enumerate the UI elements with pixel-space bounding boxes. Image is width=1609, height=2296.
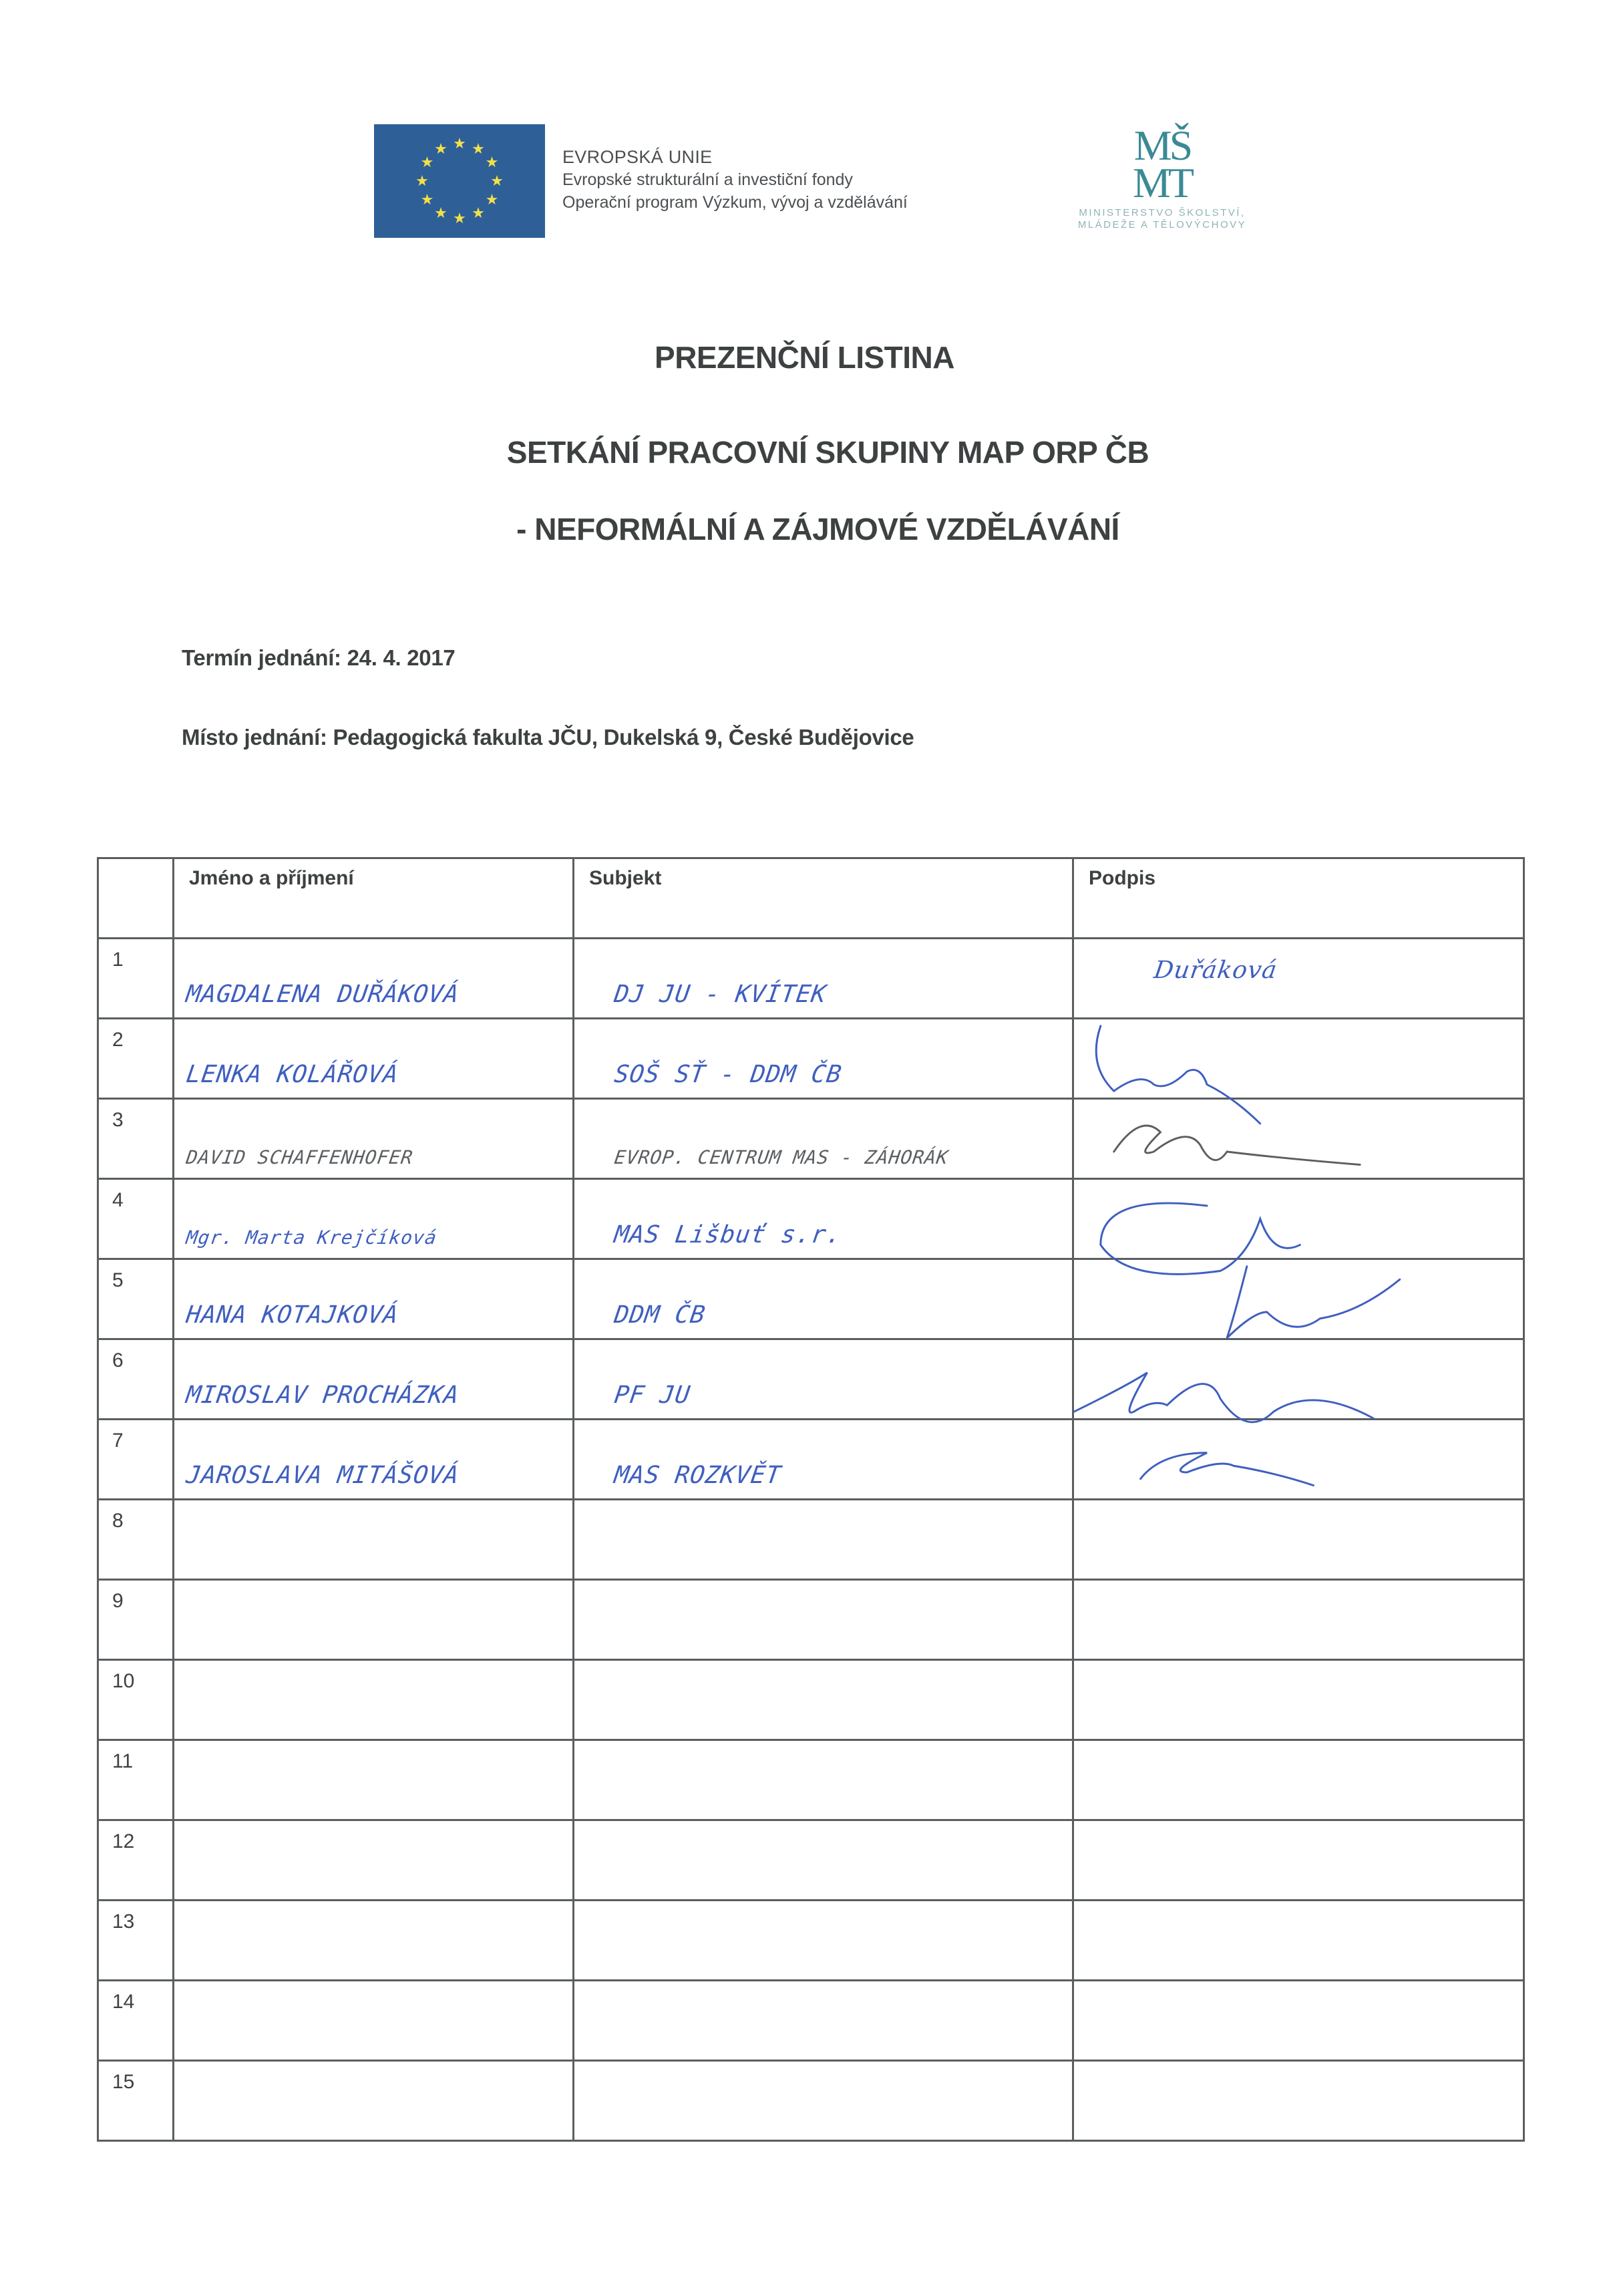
- handwritten-name: HANA KOTAJKOVÁ: [184, 1301, 400, 1329]
- signature-scribble-icon: [1074, 1180, 1523, 1258]
- subject-cell[interactable]: EVROP. CENTRUM MAS - ZÁHORÁK: [574, 1099, 1073, 1179]
- star-icon: ★: [452, 136, 467, 151]
- signature-cell[interactable]: [1073, 1339, 1524, 1420]
- handwritten-subject: DDM ČB: [612, 1301, 707, 1329]
- table-row: 14: [98, 1981, 1524, 2061]
- msmt-logo-mark: MŠ MT: [1042, 127, 1282, 202]
- star-icon: ★: [484, 192, 499, 207]
- handwritten-name: MAGDALENA DUŘÁKOVÁ: [184, 981, 461, 1008]
- subject-cell[interactable]: [574, 1981, 1073, 2061]
- row-number: 8: [98, 1500, 174, 1580]
- handwritten-subject: PF JU: [612, 1381, 692, 1409]
- name-cell[interactable]: [174, 1660, 574, 1740]
- table-row: 1MAGDALENA DUŘÁKOVÁDJ JU - KVÍTEKDuřákov…: [98, 939, 1524, 1019]
- msmt-mark-bottom: MT: [1042, 164, 1282, 202]
- row-number: 14: [98, 1981, 174, 2061]
- meeting-date: Termín jednání: 24. 4. 2017: [182, 645, 455, 671]
- star-icon: ★: [452, 211, 467, 226]
- subject-cell[interactable]: [574, 1901, 1073, 1981]
- star-icon: ★: [420, 192, 435, 207]
- subject-cell[interactable]: [574, 2061, 1073, 2141]
- table-row: 15: [98, 2061, 1524, 2141]
- subject-cell[interactable]: PF JU: [574, 1339, 1073, 1420]
- eu-logo-line2: Evropské strukturální a investiční fondy: [562, 168, 908, 191]
- name-cell[interactable]: HANA KOTAJKOVÁ: [174, 1259, 574, 1339]
- signature-cell[interactable]: [1073, 1500, 1524, 1580]
- eu-logo-line3: Operační program Výzkum, vývoj a vzděláv…: [562, 191, 908, 214]
- handwritten-name: JAROSLAVA MITÁŠOVÁ: [184, 1462, 461, 1489]
- row-number: 12: [98, 1820, 174, 1901]
- subject-cell[interactable]: MAS Lišbuť s.r.: [574, 1179, 1073, 1259]
- handwritten-name: Mgr. Marta Krejčíková: [185, 1226, 439, 1249]
- row-number: 3: [98, 1099, 174, 1179]
- row-number: 6: [98, 1339, 174, 1420]
- handwritten-name: MIROSLAV PROCHÁZKA: [184, 1381, 461, 1409]
- table-row: 8: [98, 1500, 1524, 1580]
- eu-flag-icon: ★★★★★★★★★★★★: [374, 124, 545, 238]
- signature-cell[interactable]: [1073, 2061, 1524, 2141]
- name-cell[interactable]: [174, 1820, 574, 1901]
- signature-cell[interactable]: [1073, 1820, 1524, 1901]
- subject-cell[interactable]: MAS ROZKVĚT: [574, 1420, 1073, 1500]
- row-number: 11: [98, 1740, 174, 1820]
- table-row: 13: [98, 1901, 1524, 1981]
- subject-cell[interactable]: [574, 1820, 1073, 1901]
- signature-cell[interactable]: [1073, 1179, 1524, 1259]
- signature-cell[interactable]: [1073, 1099, 1524, 1179]
- star-icon: ★: [415, 174, 429, 188]
- table-row: 6MIROSLAV PROCHÁZKAPF JU: [98, 1339, 1524, 1420]
- subject-cell[interactable]: SOŠ SŤ - DDM ČB: [574, 1019, 1073, 1099]
- signature-cell[interactable]: [1073, 1580, 1524, 1660]
- name-cell[interactable]: LENKA KOLÁŘOVÁ: [174, 1019, 574, 1099]
- subject-cell[interactable]: [574, 1500, 1073, 1580]
- star-icon: ★: [471, 206, 486, 220]
- name-cell[interactable]: [174, 1901, 574, 1981]
- meeting-place: Místo jednání: Pedagogická fakulta JČU, …: [182, 725, 914, 750]
- row-number: 2: [98, 1019, 174, 1099]
- signature-cell[interactable]: Duřáková: [1073, 939, 1524, 1019]
- eu-logo-text: EVROPSKÁ UNIE Evropské strukturální a in…: [562, 146, 908, 214]
- document-title: PREZENČNÍ LISTINA: [0, 339, 1609, 375]
- row-number: 4: [98, 1179, 174, 1259]
- star-icon: ★: [471, 142, 486, 156]
- handwritten-subject: DJ JU - KVÍTEK: [612, 981, 828, 1008]
- name-cell[interactable]: [174, 2061, 574, 2141]
- name-cell[interactable]: [174, 1500, 574, 1580]
- name-cell[interactable]: [174, 1580, 574, 1660]
- signature-cell[interactable]: [1073, 1660, 1524, 1740]
- subject-cell[interactable]: [574, 1740, 1073, 1820]
- handwritten-subject: EVROP. CENTRUM MAS - ZÁHORÁK: [613, 1146, 950, 1168]
- signature-scribble-icon: [1074, 1260, 1523, 1338]
- table-row: 12: [98, 1820, 1524, 1901]
- signature-cell[interactable]: [1073, 1981, 1524, 2061]
- row-number: 7: [98, 1420, 174, 1500]
- subject-cell[interactable]: DJ JU - KVÍTEK: [574, 939, 1073, 1019]
- signature-cell[interactable]: [1073, 1019, 1524, 1099]
- table-row: 11: [98, 1740, 1524, 1820]
- column-header-signature: Podpis: [1073, 858, 1524, 939]
- row-number: 5: [98, 1259, 174, 1339]
- eu-logo-line1: EVROPSKÁ UNIE: [562, 146, 908, 168]
- signature-cell[interactable]: [1073, 1420, 1524, 1500]
- row-number: 13: [98, 1901, 174, 1981]
- handwritten-name: LENKA KOLÁŘOVÁ: [184, 1061, 400, 1088]
- table-header-row: Jméno a příjmení Subjekt Podpis: [98, 858, 1524, 939]
- row-number: 1: [98, 939, 174, 1019]
- signature-cell[interactable]: [1073, 1740, 1524, 1820]
- star-icon: ★: [433, 206, 448, 220]
- msmt-caption-line1: MINISTERSTVO ŠKOLSTVÍ,: [1042, 207, 1282, 219]
- signature-scribble-icon: [1074, 1420, 1523, 1498]
- handwritten-subject: SOŠ SŤ - DDM ČB: [612, 1061, 844, 1088]
- signature-scribble-icon: [1074, 1100, 1523, 1178]
- star-icon: ★: [420, 155, 435, 170]
- msmt-logo-icon: MŠ MT MINISTERSTVO ŠKOLSTVÍ, MLÁDEŽE A T…: [1042, 127, 1282, 240]
- star-icon: ★: [433, 142, 448, 156]
- name-cell[interactable]: DAVID SCHAFFENHOFER: [174, 1099, 574, 1179]
- msmt-caption-line2: MLÁDEŽE A TĚLOVÝCHOVY: [1042, 219, 1282, 231]
- column-header-subject: Subjekt: [574, 858, 1073, 939]
- attendance-sheet: Jméno a příjmení Subjekt Podpis 1MAGDALE…: [97, 857, 1523, 2142]
- table-row: 7JAROSLAVA MITÁŠOVÁMAS ROZKVĚT: [98, 1420, 1524, 1500]
- name-cell[interactable]: [174, 1981, 574, 2061]
- table-row: 4Mgr. Marta KrejčíkováMAS Lišbuť s.r.: [98, 1179, 1524, 1259]
- handwritten-subject: MAS Lišbuť s.r.: [612, 1221, 844, 1249]
- table-row: 9: [98, 1580, 1524, 1660]
- handwritten-signature: Duřáková: [1152, 957, 1279, 984]
- row-number: 15: [98, 2061, 174, 2141]
- name-cell[interactable]: Mgr. Marta Krejčíková: [174, 1179, 574, 1259]
- handwritten-subject: MAS ROZKVĚT: [612, 1462, 783, 1489]
- signature-scribble-icon: [1074, 1340, 1523, 1418]
- signature-cell[interactable]: [1073, 1901, 1524, 1981]
- table-row: 10: [98, 1660, 1524, 1740]
- star-icon: ★: [490, 174, 504, 188]
- subject-cell[interactable]: [574, 1580, 1073, 1660]
- column-header-number: [98, 858, 174, 939]
- table-row: 5HANA KOTAJKOVÁDDM ČB: [98, 1259, 1524, 1339]
- msmt-caption: MINISTERSTVO ŠKOLSTVÍ, MLÁDEŽE A TĚLOVÝC…: [1042, 207, 1282, 231]
- name-cell[interactable]: JAROSLAVA MITÁŠOVÁ: [174, 1420, 574, 1500]
- subject-cell[interactable]: DDM ČB: [574, 1259, 1073, 1339]
- star-icon: ★: [484, 155, 499, 170]
- name-cell[interactable]: MAGDALENA DUŘÁKOVÁ: [174, 939, 574, 1019]
- row-number: 9: [98, 1580, 174, 1660]
- signature-scribble-icon: [1074, 1019, 1523, 1098]
- document-subtitle-line1: SETKÁNÍ PRACOVNÍ SKUPINY MAP ORP ČB: [0, 434, 1609, 470]
- table-row: 3DAVID SCHAFFENHOFEREVROP. CENTRUM MAS -…: [98, 1099, 1524, 1179]
- name-cell[interactable]: [174, 1740, 574, 1820]
- handwritten-name: DAVID SCHAFFENHOFER: [185, 1146, 415, 1168]
- table-row: 2LENKA KOLÁŘOVÁSOŠ SŤ - DDM ČB: [98, 1019, 1524, 1099]
- document-subtitle-line2: - NEFORMÁLNÍ A ZÁJMOVÉ VZDĚLÁVÁNÍ: [0, 511, 1609, 547]
- column-header-name: Jméno a příjmení: [174, 858, 574, 939]
- attendance-table: Jméno a příjmení Subjekt Podpis 1MAGDALE…: [97, 857, 1525, 2142]
- row-number: 10: [98, 1660, 174, 1740]
- subject-cell[interactable]: [574, 1660, 1073, 1740]
- signature-cell[interactable]: [1073, 1259, 1524, 1339]
- name-cell[interactable]: MIROSLAV PROCHÁZKA: [174, 1339, 574, 1420]
